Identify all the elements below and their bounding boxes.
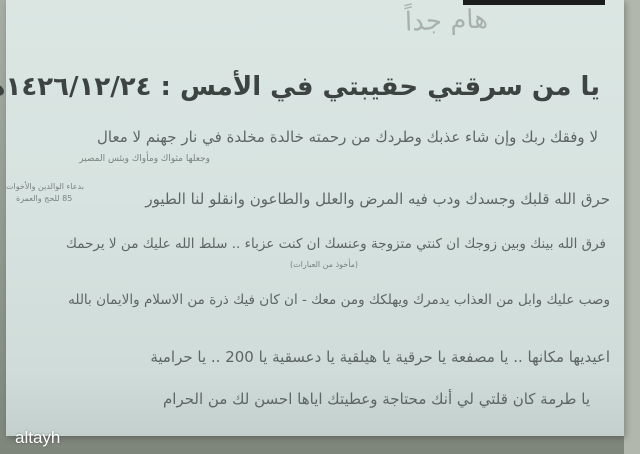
watermark: altayh — [15, 428, 60, 448]
note-line-2: وجعلها مثواك ومأواك وبئس المصير — [79, 154, 210, 164]
paper-edge — [624, 0, 640, 454]
margin-note-left-2: 85 للحج والعمرة — [16, 194, 72, 203]
note-line-4: فرق الله بينك وبين زوجك ان كنتي متزوجة و… — [66, 236, 606, 252]
paper-sheet — [6, 0, 624, 436]
stamp-text: هام جداً — [405, 5, 489, 38]
note-line-5: (مأخوذ من العبارات) — [290, 260, 358, 269]
note-line-8: يا طرمة كان قلتي لي أنك محتاجة وعطيتك اي… — [163, 390, 590, 408]
note-line-1: لا وفقك ربك وإن شاء عذبك وطردك من رحمته … — [97, 128, 598, 146]
margin-note-left: بدعاء الوالدين والأخوات — [6, 182, 84, 191]
note-line-6: وصب عليك وابل من العذاب يدمرك ويهلكك ومن… — [68, 292, 610, 308]
note-line-3: حرق الله قلبك وجسدك ودب فيه المرض والعلل… — [145, 190, 610, 208]
note-line-7: اعيديها مكانها .. يا مصفعة يا حرقية يا ه… — [150, 348, 610, 366]
note-title: يا من سرقتي حقيبتي في الأمس : ١٤٢٦/١٢/٢٤… — [40, 72, 600, 102]
